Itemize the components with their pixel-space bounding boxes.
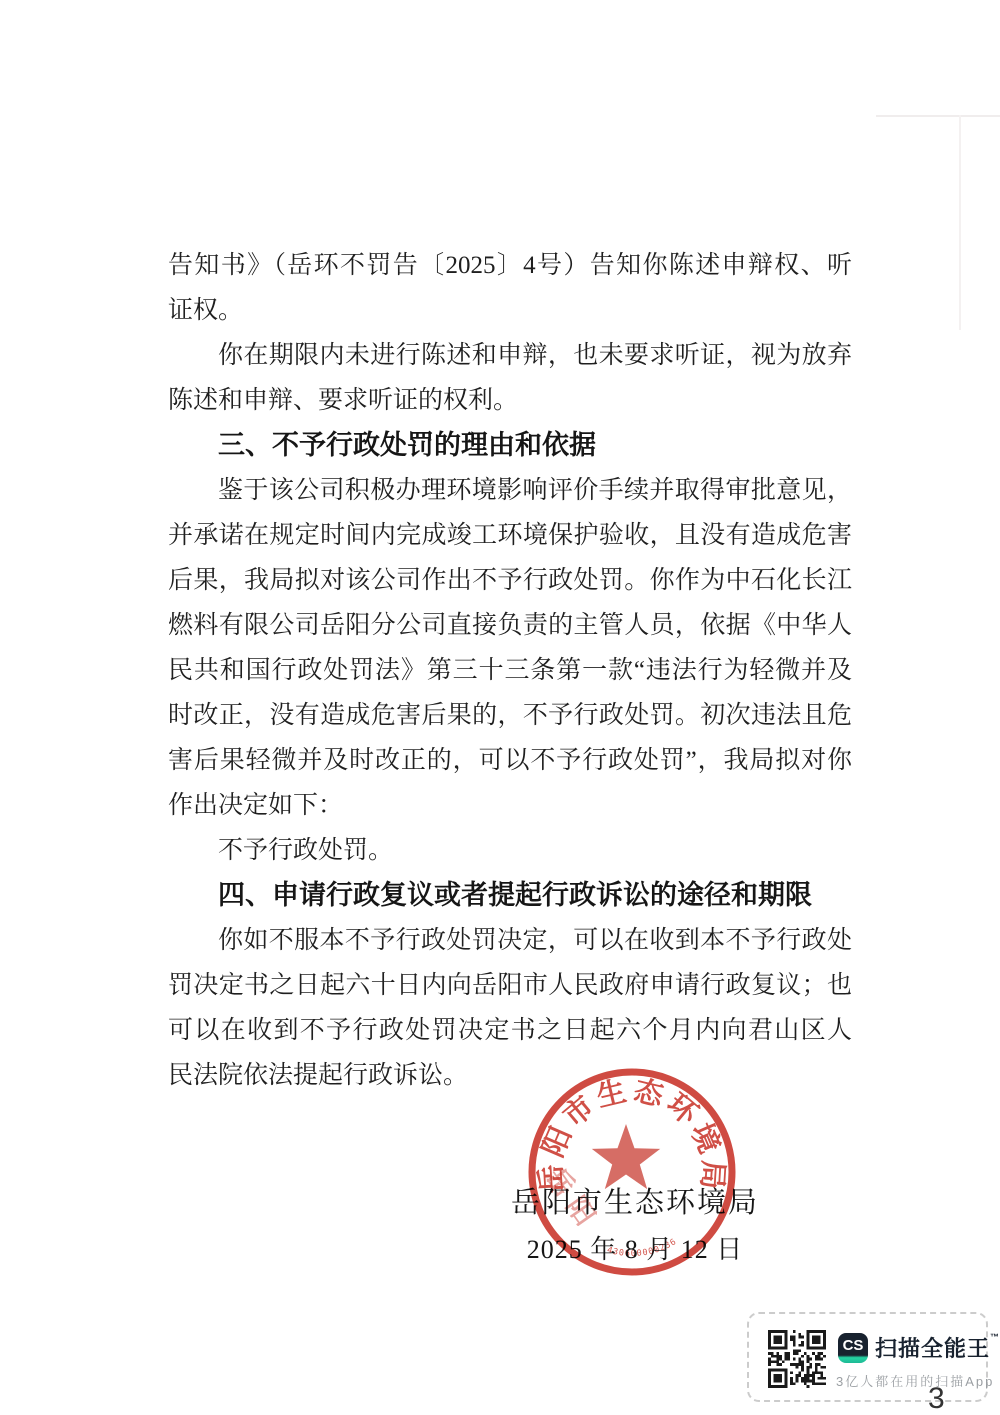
camscanner-brand-row: CS 扫描全能王™: [838, 1332, 1000, 1363]
camscanner-tagline: 3亿人都在用的扫描App: [836, 1371, 994, 1390]
text-line: 告知书》（岳环不罚告〔2025〕4号）告知你陈述申辩权、听: [168, 243, 852, 288]
qr-code-icon: [768, 1330, 826, 1388]
text-line: 证权。: [168, 288, 852, 333]
text-line: 民法院依法提起行政诉讼。: [168, 1053, 852, 1098]
text-line: 你在期限内未进行陈述和申辩，也未要求听证，视为放弃: [168, 333, 852, 378]
trademark-symbol: ™: [990, 1332, 1000, 1342]
page-number: 3: [928, 1382, 945, 1415]
seal-star-icon: [592, 1124, 660, 1189]
text-line: 时改正，没有造成危害后果的，不予行政处罚。初次违法且危: [168, 693, 852, 738]
text-line: 陈述和申辩、要求听证的权利。: [168, 378, 852, 423]
text-line: 不予行政处罚。: [168, 828, 852, 873]
text-line: 并承诺在规定时间内完成竣工环境保护验收，且没有造成危害: [168, 513, 852, 558]
text-line: 燃料有限公司岳阳分公司直接负责的主管人员，依据《中华人: [168, 603, 852, 648]
text-line: 民共和国行政处罚法》第三十三条第一款“违法行为轻微并及: [168, 648, 852, 693]
text-line: 可以在收到不予行政处罚决定书之日起六个月内向君山区人: [168, 1008, 852, 1053]
scan-artifact-line-horizontal: [876, 115, 1000, 117]
scanned-page: 告知书》（岳环不罚告〔2025〕4号）告知你陈述申辩权、听 证权。 你在期限内未…: [0, 0, 1000, 1415]
text-line: 你如不服本不予行政处罚决定，可以在收到本不予行政处: [168, 918, 852, 963]
camscanner-app-name: 扫描全能王™: [875, 1332, 1000, 1363]
text-line: 鉴于该公司积极办理环境影响评价手续并取得审批意见，: [168, 468, 852, 513]
document-body: 告知书》（岳环不罚告〔2025〕4号）告知你陈述申辩权、听 证权。 你在期限内未…: [168, 243, 852, 1098]
text-line: 害后果轻微并及时改正的，可以不予行政处罚”，我局拟对你: [168, 738, 852, 783]
app-name-text: 扫描全能王: [875, 1336, 990, 1361]
text-line: 作出决定如下：: [168, 783, 852, 828]
seal-serial: 430600000236: [606, 1237, 679, 1259]
camscanner-watermark: CS 扫描全能王™ 3亿人都在用的扫描App: [747, 1312, 988, 1402]
text-line: 罚决定书之日起六十日内向岳阳市人民政府申请行政复议；也: [168, 963, 852, 1008]
text-line: 后果，我局拟对该公司作出不予行政处罚。你作为中石化长江: [168, 558, 852, 603]
scan-artifact-line-vertical: [959, 115, 961, 330]
section-heading: 四、申请行政复议或者提起行政诉讼的途径和期限: [168, 873, 852, 918]
seal-serial-group: 430600000236: [606, 1237, 679, 1259]
section-heading: 三、不予行政处罚的理由和依据: [168, 423, 852, 468]
camscanner-logo-icon: CS: [838, 1333, 868, 1363]
official-seal-icon: 岳阳市生态环境局 岳阳 430600000236: [522, 1062, 742, 1282]
